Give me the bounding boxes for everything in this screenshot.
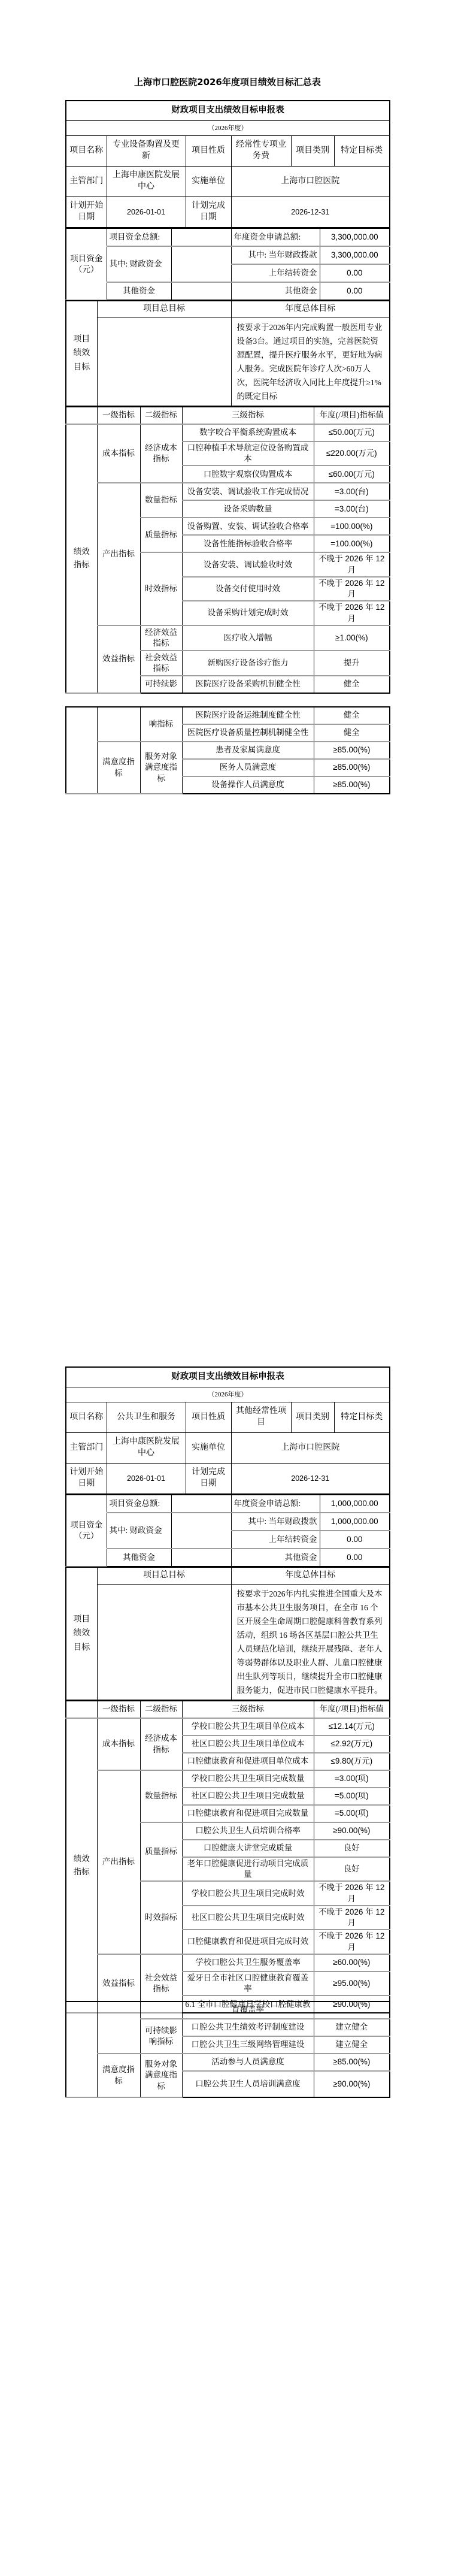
indicator-value: 不晚于 2026 年 12 月 [314, 1906, 390, 1930]
indicator-l3: 育覆盖率 [182, 2001, 314, 2019]
project-name-value: 公共卫生和服务 [107, 1402, 186, 1433]
unit-label: 实施单位 [186, 1433, 231, 1464]
funds-total-value [171, 228, 231, 246]
indicator-l3: 设备安装、调试验收时效 [182, 552, 314, 576]
indicator-l2: 可持续影 [140, 676, 182, 693]
l2-header: 二级指标 [140, 1701, 182, 1718]
indicator-l3: 医院医疗设备运维制度健全性 [182, 707, 314, 724]
form-title: 财政项目支出绩效目标申报表 [66, 101, 390, 121]
project-goal-header: 项目总目标 [97, 1567, 231, 1585]
l1-header: 一级指标 [97, 407, 140, 424]
project-name-label: 项目名称 [66, 1402, 107, 1433]
indicator-value: 良好 [314, 1840, 390, 1857]
indicator-l2-empty [140, 2001, 182, 2019]
form-title: 财政项目支出绩效目标申报表 [66, 1367, 390, 1387]
indicator-value: =100.00(%) [314, 535, 390, 552]
other-funds-blank [171, 282, 231, 300]
l3-header: 三级指标 [182, 1701, 314, 1718]
indicator-l1: 产出指标 [97, 1770, 140, 1954]
indicator-l3: 医疗收入增幅 [182, 625, 314, 651]
indicator-corner-cell [66, 1701, 97, 1718]
carryover-value: 0.00 [320, 264, 390, 282]
indicator-l2: 质量指标 [140, 518, 182, 552]
fiscal-funds-value [171, 1513, 231, 1549]
funds-label: 项目资金（元） [66, 228, 107, 300]
annual-fiscal-label: 其中: 当年财政拨款 [231, 246, 320, 264]
indicator-l3: 口腔公共卫生绩效考评制度建设 [182, 2019, 314, 2036]
indicator-l3: 设备安装、调试验收工作完成情况 [182, 483, 314, 500]
indicator-l3: 学校口腔公共卫生项目单位成本 [182, 1718, 314, 1736]
carryover-label: 上年结转资金 [231, 1531, 320, 1549]
dept-value: 上海申康医院发展中心 [107, 1433, 186, 1464]
indicator-l2: 社会效益指标 [140, 651, 182, 676]
annual-total-value: 3,300,000.00 [320, 228, 390, 246]
annual-goal-header: 年度总体目标 [231, 1567, 390, 1585]
project-nature-label: 项目性质 [186, 1402, 231, 1433]
indicator-l3: 患者及家属满意度 [182, 742, 314, 759]
form2-header-table: 财政项目支出绩效目标申报表 （2026年度） 项目名称 公共卫生和服务 项目性质… [65, 1366, 390, 1495]
indicator-value: 良好 [314, 1857, 390, 1881]
indicator-l3: 老年口腔健康促进行动项目完成质量 [182, 1857, 314, 1881]
indicator-l3: 活动参与人员满意度 [182, 2054, 314, 2071]
other-funds-right-label: 其他资金 [231, 1549, 320, 1567]
indicator-l1: 满意度指标 [97, 2054, 140, 2097]
dept-label: 主管部门 [66, 167, 107, 197]
indicator-l3: 设备操作人员满意度 [182, 776, 314, 794]
annual-total-value: 1,000,000.00 [320, 1495, 390, 1513]
indicator-value: 健全 [314, 676, 390, 693]
declaration-form-2: 财政项目支出绩效目标申报表 （2026年度） 项目名称 公共卫生和服务 项目性质… [65, 1367, 389, 2013]
indicator-l3: 口腔健康教育和促进项目完成数量 [182, 1805, 314, 1822]
start-date-value: 2026-01-01 [107, 1464, 186, 1495]
indicator-l2: 服务对象满意度指标 [140, 742, 182, 794]
indicator-value: ≤60.00(万元) [314, 465, 390, 483]
declaration-form-2-continued: 育覆盖率 可持续影响指标 口腔公共卫生绩效考评制度建设 建立健全 口腔公共卫生三… [65, 2001, 389, 2098]
start-date-label: 计划开始日期 [66, 1464, 107, 1495]
perf-indicator-label: 绩效指标 [66, 424, 97, 693]
other-funds-right-label: 其他资金 [231, 282, 320, 300]
indicator-l3: 口腔公共卫生人员培训合格率 [182, 1822, 314, 1840]
other-funds-value: 0.00 [320, 282, 390, 300]
indicator-l2: 经济成本指标 [140, 1718, 182, 1770]
end-date-value: 2026-12-31 [231, 197, 390, 228]
other-funds-label: 其他资金 [107, 1549, 171, 1567]
form2-goal-table: 项目绩效目标 项目总目标 年度总体目标 按要求于2026年内扎实推进全国重大及本… [65, 1567, 390, 1701]
form2-funding-table: 项目资金（元） 项目资金总额: 年度资金申请总额: 1,000,000.00 其… [65, 1494, 390, 1567]
form1-indicator-table: 一级指标 二级指标 三级指标 年度(/项目)指标值 绩效指标 成本指标 经济成本… [65, 406, 390, 694]
unit-value: 上海市口腔医院 [231, 1433, 390, 1464]
indicator-l3: 口腔数字观察仪购置成本 [182, 465, 314, 483]
indicator-value: 健全 [314, 707, 390, 724]
document-page: 上海市口腔医院2026年度项目绩效目标汇总表 财政项目支出绩效目标申报表 （20… [0, 0, 455, 2576]
indicator-value: =3.00(项) [314, 1770, 390, 1788]
end-date-label: 计划完成日期 [186, 1464, 231, 1495]
indicator-value: 不晚于 2026 年 12 月 [314, 577, 390, 601]
annual-total-label: 年度资金申请总额: [231, 1495, 320, 1513]
indicator-value: ≥60.00(%) [314, 1954, 390, 1972]
indicator-l2: 可持续影响指标 [140, 2019, 182, 2054]
project-goal-header: 项目总目标 [97, 301, 231, 318]
declaration-form-1-continued: 响指标 医院医疗设备运维制度健全性 健全 医院医疗设备质量控制机制健全性健全 满… [65, 707, 389, 794]
perf-indicator-label-empty [66, 707, 97, 794]
project-category-value: 特定目标类 [334, 136, 390, 167]
project-category-label: 项目类别 [291, 136, 334, 167]
indicator-l1-empty [97, 707, 140, 742]
indicator-value: ≤50.00(万元) [314, 424, 390, 442]
form1-goal-table: 项目绩效目标 项目总目标 年度总体目标 按要求于2026年内完成购置一般医用专业… [65, 300, 390, 407]
project-goal-value [97, 318, 231, 407]
indicator-value: 提升 [314, 651, 390, 676]
form-year: （2026年度） [66, 1387, 390, 1402]
indicator-value: 建立健全 [314, 2019, 390, 2036]
unit-label: 实施单位 [186, 167, 231, 197]
indicator-corner-cell [66, 407, 97, 424]
indicator-l3: 医院医疗设备质量控制机制健全性 [182, 724, 314, 742]
indicator-l3: 设备购置、安装、调试验收合格率 [182, 518, 314, 535]
project-category-label: 项目类别 [291, 1402, 334, 1433]
form-year: （2026年度） [66, 121, 390, 136]
indicator-value: 建立健全 [314, 2036, 390, 2054]
indicator-value: ≥90.00(%) [314, 1822, 390, 1840]
funds-total-label: 项目资金总额: [107, 228, 171, 246]
form1-funding-table: 项目资金（元） 项目资金总额: 年度资金申请总额: 3,300,000.00 其… [65, 228, 390, 301]
indicator-value: 不晚于 2026 年 12 月 [314, 552, 390, 576]
indicator-value: =5.00(项) [314, 1788, 390, 1805]
indicator-l2: 服务对象满意度指标 [140, 2054, 182, 2097]
dept-label: 主管部门 [66, 1433, 107, 1464]
start-date-value: 2026-01-01 [107, 197, 186, 228]
funds-total-value [171, 1495, 231, 1513]
indicator-value: ≥85.00(%) [314, 742, 390, 759]
indicator-l3: 设备采购计划完成时效 [182, 601, 314, 625]
indicator-l3: 设备性能指标验收合格率 [182, 535, 314, 552]
indicator-value: 不晚于 2026 年 12 月 [314, 1881, 390, 1905]
indicator-l3: 医务人员满意度 [182, 759, 314, 776]
indicator-l3: 学校口腔公共卫生项目完成时效 [182, 1881, 314, 1905]
project-name-label: 项目名称 [66, 136, 107, 167]
l2-header: 二级指标 [140, 407, 182, 424]
start-date-label: 计划开始日期 [66, 197, 107, 228]
indicator-value: ≥85.00(%) [314, 776, 390, 794]
form1-header-table: 财政项目支出绩效目标申报表 （2026年度） 项目名称 专业设备购置及更新 项目… [65, 100, 390, 228]
end-date-value: 2026-12-31 [231, 1464, 390, 1495]
indicator-l1: 成本指标 [97, 424, 140, 483]
other-funds-label: 其他资金 [107, 282, 171, 300]
indicator-l3: 爱牙日全市社区口腔健康教育覆盖率 [182, 1972, 314, 1996]
indicator-l1: 满意度指标 [97, 742, 140, 794]
annual-goal-value: 按要求于2026年内扎实推进全国重大及本市基本公共卫生服务项目，在全市 16 个… [231, 1585, 390, 1701]
indicator-l3: 新购医疗设备诊疗能力 [182, 651, 314, 676]
indicator-value: ≥85.00(%) [314, 2054, 390, 2071]
indicator-l3: 口腔健康教育和促进项目单位成本 [182, 1753, 314, 1770]
project-name-value: 专业设备购置及更新 [107, 136, 186, 167]
indicator-value: =3.00(台) [314, 500, 390, 518]
page-title: 上海市口腔医院2026年度项目绩效目标汇总表 [0, 75, 455, 88]
form2-indicator-table-continued: 育覆盖率 可持续影响指标 口腔公共卫生绩效考评制度建设 建立健全 口腔公共卫生三… [65, 2001, 390, 2098]
indicator-l1: 效益指标 [97, 625, 140, 693]
indicator-l2: 响指标 [140, 707, 182, 742]
indicator-value: 不晚于 2026 年 12 月 [314, 1930, 390, 1954]
indicator-l3: 社区口腔公共卫生项目完成数量 [182, 1788, 314, 1805]
indicator-value: ≤9.80(万元) [314, 1753, 390, 1770]
indicator-value: ≤12.14(万元) [314, 1718, 390, 1736]
indicator-value: =3.00(台) [314, 483, 390, 500]
declaration-form-1: 财政项目支出绩效目标申报表 （2026年度） 项目名称 专业设备购置及更新 项目… [65, 101, 389, 694]
perf-indicator-label-empty [66, 2001, 97, 2097]
indicator-l3: 学校口腔公共卫生服务覆盖率 [182, 1954, 314, 1972]
indicator-value: 健全 [314, 724, 390, 742]
annual-fiscal-label: 其中: 当年财政拨款 [231, 1513, 320, 1531]
indicator-l1-empty [97, 2001, 140, 2054]
indicator-l3: 社区口腔公共卫生项目完成时效 [182, 1906, 314, 1930]
indicator-l3: 口腔公共卫生人员培训满意度 [182, 2071, 314, 2097]
indicator-value: 不晚于 2026 年 12 月 [314, 601, 390, 625]
end-date-label: 计划完成日期 [186, 197, 231, 228]
project-category-value: 特定目标类 [334, 1402, 390, 1433]
form2-indicator-table: 一级指标 二级指标 三级指标 年度(/项目)指标值 绩效指标 成本指标 经济成本… [65, 1700, 390, 2013]
fiscal-funds-label: 其中: 财政资金 [107, 246, 171, 282]
indicator-l2: 经济成本指标 [140, 424, 182, 483]
other-funds-value: 0.00 [320, 1549, 390, 1567]
indicator-l1: 产出指标 [97, 483, 140, 625]
form1-indicator-table-continued: 响指标 医院医疗设备运维制度健全性 健全 医院医疗设备质量控制机制健全性健全 满… [65, 706, 390, 794]
indicator-l2: 数量指标 [140, 1770, 182, 1822]
carryover-value: 0.00 [320, 1531, 390, 1549]
other-funds-blank [171, 1549, 231, 1567]
indicator-value [314, 2001, 390, 2019]
indicator-l3: 口腔种植手术导航定位设备购置成本 [182, 442, 314, 465]
indicator-l3: 学校口腔公共卫生项目完成数量 [182, 1770, 314, 1788]
l3-header: 三级指标 [182, 407, 314, 424]
perf-indicator-label: 绩效指标 [66, 1718, 97, 2013]
indicator-l2: 数量指标 [140, 483, 182, 518]
indicator-l3: 设备采购数量 [182, 500, 314, 518]
perf-goal-label: 项目绩效目标 [66, 301, 97, 406]
project-nature-value: 其他经常性项目 [231, 1402, 291, 1433]
fiscal-funds-value [171, 246, 231, 282]
funds-total-label: 项目资金总额: [107, 1495, 171, 1513]
carryover-label: 上年结转资金 [231, 264, 320, 282]
value-header: 年度(/项目)指标值 [314, 1701, 390, 1718]
annual-fiscal-value: 1,000,000.00 [320, 1513, 390, 1531]
annual-total-label: 年度资金申请总额: [231, 228, 320, 246]
indicator-l3: 口腔公共卫生三级网络管理建设 [182, 2036, 314, 2054]
indicator-l2: 时效指标 [140, 552, 182, 625]
indicator-value: ≥95.00(%) [314, 1972, 390, 1996]
project-goal-value [97, 1585, 231, 1701]
indicator-l2: 时效指标 [140, 1881, 182, 1954]
indicator-l3: 医院医疗设备采购机制健全性 [182, 676, 314, 693]
perf-goal-label: 项目绩效目标 [66, 1567, 97, 1700]
funds-label: 项目资金（元） [66, 1495, 107, 1567]
annual-goal-value: 按要求于2026年内完成购置一般医用专业设备3台。通过项目的实施，完善医院资源配… [231, 318, 390, 407]
value-header: 年度(/项目)指标值 [314, 407, 390, 424]
project-nature-value: 经常性专项业务费 [231, 136, 291, 167]
indicator-l3: 口腔健康教育和促进项目完成时效 [182, 1930, 314, 1954]
l1-header: 一级指标 [97, 1701, 140, 1718]
indicator-l3: 数字咬合平衡系统购置成本 [182, 424, 314, 442]
unit-value: 上海市口腔医院 [231, 167, 390, 197]
indicator-value: ≥1.00(%) [314, 625, 390, 651]
indicator-l3: 设备交付使用时效 [182, 577, 314, 601]
fiscal-funds-label: 其中: 财政资金 [107, 1513, 171, 1549]
annual-goal-header: 年度总体目标 [231, 301, 390, 318]
project-nature-label: 项目性质 [186, 136, 231, 167]
indicator-value: ≤2.92(万元) [314, 1736, 390, 1753]
indicator-value: ≥85.00(%) [314, 759, 390, 776]
indicator-l2: 经济效益指标 [140, 625, 182, 651]
indicator-l1: 成本指标 [97, 1718, 140, 1770]
indicator-value: =100.00(%) [314, 518, 390, 535]
indicator-value: ≤220.00(万元) [314, 442, 390, 465]
dept-value: 上海申康医院发展中心 [107, 167, 186, 197]
indicator-l2: 质量指标 [140, 1822, 182, 1881]
indicator-value: ≥90.00(%) [314, 2071, 390, 2097]
indicator-l3: 口腔健康大讲堂完成质量 [182, 1840, 314, 1857]
indicator-l3: 社区口腔公共卫生项目单位成本 [182, 1736, 314, 1753]
indicator-value: =5.00(项) [314, 1805, 390, 1822]
annual-fiscal-value: 3,300,000.00 [320, 246, 390, 264]
